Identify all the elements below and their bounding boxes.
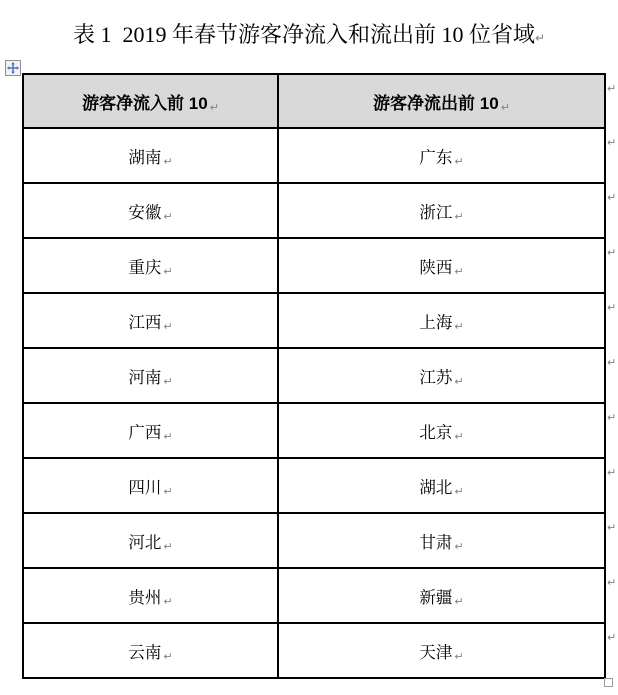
- cell-text: 安徽: [128, 204, 161, 222]
- cell-text: 新疆: [419, 589, 452, 607]
- cell-text: 湖南: [128, 149, 161, 167]
- cell-end-mark-icon: ↵: [454, 595, 463, 608]
- cell-end-mark-icon: ↵: [454, 155, 463, 168]
- row-end-marks: ↵ ↵ ↵ ↵ ↵ ↵ ↵ ↵ ↵ ↵ ↵: [607, 73, 618, 677]
- table-cell-outflow[interactable]: 天津↵: [278, 623, 605, 678]
- cell-text: 河南: [128, 369, 161, 387]
- table-row: 湖南↵ 广东↵: [23, 128, 605, 183]
- row-end-mark-icon: ↵: [607, 622, 618, 677]
- table-cell-outflow[interactable]: 甘肃↵: [278, 513, 605, 568]
- cell-text: 广东: [419, 149, 452, 167]
- cell-end-mark-icon: ↵: [163, 155, 172, 168]
- table-cell-outflow[interactable]: 浙江↵: [278, 183, 605, 238]
- table-cell-inflow[interactable]: 河南↵: [23, 348, 278, 403]
- table-row: 广西↵ 北京↵: [23, 403, 605, 458]
- cell-end-mark-icon: ↵: [454, 320, 463, 333]
- table-cell-inflow[interactable]: 河北↵: [23, 513, 278, 568]
- table-cell-inflow[interactable]: 重庆↵: [23, 238, 278, 293]
- column-header-outflow-label: 游客净流出前 10: [373, 94, 499, 113]
- cell-text: 陕西: [419, 259, 452, 277]
- table-row: 江西↵ 上海↵: [23, 293, 605, 348]
- table-row: 贵州↵ 新疆↵: [23, 568, 605, 623]
- cell-text: 四川: [128, 479, 161, 497]
- cell-end-mark-icon: ↵: [454, 485, 463, 498]
- cell-text: 河北: [128, 534, 161, 552]
- table-row: 四川↵ 湖北↵: [23, 458, 605, 513]
- cell-text: 湖北: [419, 479, 452, 497]
- cell-text: 天津: [419, 644, 452, 662]
- table-cell-outflow[interactable]: 新疆↵: [278, 568, 605, 623]
- row-end-mark-icon: ↵: [607, 347, 618, 402]
- table-row: 河南↵ 江苏↵: [23, 348, 605, 403]
- table-cell-inflow[interactable]: 江西↵: [23, 293, 278, 348]
- cell-end-mark-icon: ↵: [163, 540, 172, 553]
- table-row: 安徽↵ 浙江↵: [23, 183, 605, 238]
- cell-end-mark-icon: ↵: [454, 210, 463, 223]
- cell-text: 上海: [419, 314, 452, 332]
- table-row: 重庆↵ 陕西↵: [23, 238, 605, 293]
- column-header-inflow[interactable]: 游客净流入前 10↵: [23, 74, 278, 128]
- cell-text: 甘肃: [419, 534, 452, 552]
- table-caption[interactable]: 表 1 2019 年春节游客净流入和流出前 10 位省域↵: [0, 20, 618, 53]
- table-cell-inflow[interactable]: 四川↵: [23, 458, 278, 513]
- cell-end-mark-icon: ↵: [210, 101, 219, 114]
- paragraph-mark-icon: ↵: [535, 31, 545, 45]
- table-cell-inflow[interactable]: 湖南↵: [23, 128, 278, 183]
- row-end-mark-icon: ↵: [607, 182, 618, 237]
- column-header-inflow-label: 游客净流入前 10: [82, 94, 208, 113]
- cell-text: 北京: [419, 424, 452, 442]
- cell-end-mark-icon: ↵: [163, 595, 172, 608]
- cell-end-mark-icon: ↵: [454, 265, 463, 278]
- table-row: 云南↵ 天津↵: [23, 623, 605, 678]
- table-move-handle[interactable]: [5, 60, 21, 76]
- row-end-mark-icon: ↵: [607, 512, 618, 567]
- cell-end-mark-icon: ↵: [163, 485, 172, 498]
- row-end-mark-icon: ↵: [607, 73, 618, 127]
- data-table: 游客净流入前 10↵ 游客净流出前 10↵ 湖南↵ 广东↵ 安徽↵ 浙江↵ 重庆…: [22, 73, 606, 679]
- cell-end-mark-icon: ↵: [163, 210, 172, 223]
- cell-end-mark-icon: ↵: [163, 320, 172, 333]
- header-row: 游客净流入前 10↵ 游客净流出前 10↵: [23, 74, 605, 128]
- cell-end-mark-icon: ↵: [163, 265, 172, 278]
- row-end-mark-icon: ↵: [607, 292, 618, 347]
- row-end-mark-icon: ↵: [607, 567, 618, 622]
- move-icon: [7, 62, 19, 74]
- row-end-mark-icon: ↵: [607, 237, 618, 292]
- row-end-mark-icon: ↵: [607, 402, 618, 457]
- table-cell-outflow[interactable]: 陕西↵: [278, 238, 605, 293]
- table-caption-text: 表 1 2019 年春节游客净流入和流出前 10 位省域: [73, 22, 535, 47]
- table-cell-outflow[interactable]: 广东↵: [278, 128, 605, 183]
- cell-end-mark-icon: ↵: [454, 375, 463, 388]
- table-cell-inflow[interactable]: 安徽↵: [23, 183, 278, 238]
- cell-end-mark-icon: ↵: [454, 650, 463, 663]
- cell-end-mark-icon: ↵: [163, 650, 172, 663]
- cell-end-mark-icon: ↵: [454, 430, 463, 443]
- cell-text: 云南: [128, 644, 161, 662]
- cell-end-mark-icon: ↵: [163, 375, 172, 388]
- cell-text: 广西: [128, 424, 161, 442]
- table-cell-outflow[interactable]: 北京↵: [278, 403, 605, 458]
- row-end-mark-icon: ↵: [607, 457, 618, 512]
- cell-text: 浙江: [419, 204, 452, 222]
- table-cell-inflow[interactable]: 广西↵: [23, 403, 278, 458]
- cell-text: 江苏: [419, 369, 452, 387]
- cell-text: 重庆: [128, 259, 161, 277]
- cell-text: 贵州: [128, 589, 161, 607]
- table-cell-inflow[interactable]: 贵州↵: [23, 568, 278, 623]
- cell-end-mark-icon: ↵: [454, 540, 463, 553]
- table-resize-handle[interactable]: [604, 678, 613, 687]
- table-cell-inflow[interactable]: 云南↵: [23, 623, 278, 678]
- cell-end-mark-icon: ↵: [501, 101, 510, 114]
- table-cell-outflow[interactable]: 湖北↵: [278, 458, 605, 513]
- table-cell-outflow[interactable]: 江苏↵: [278, 348, 605, 403]
- row-end-mark-icon: ↵: [607, 127, 618, 182]
- table-cell-outflow[interactable]: 上海↵: [278, 293, 605, 348]
- column-header-outflow[interactable]: 游客净流出前 10↵: [278, 74, 605, 128]
- table-row: 河北↵ 甘肃↵: [23, 513, 605, 568]
- cell-text: 江西: [128, 314, 161, 332]
- cell-end-mark-icon: ↵: [163, 430, 172, 443]
